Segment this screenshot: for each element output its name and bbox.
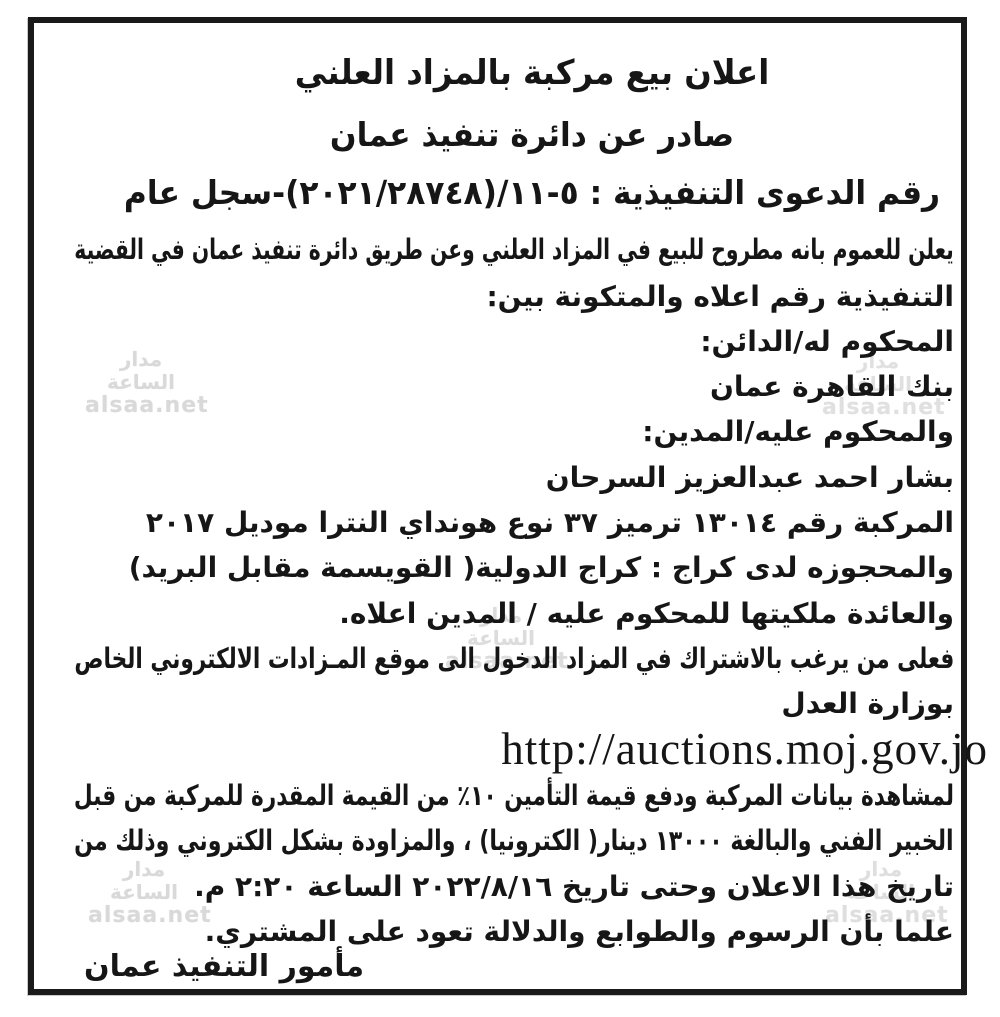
terms-line-2: الخبير الفني والبالغة ١٣٠٠٠ دينار( الكتر…	[75, 824, 954, 857]
auction-website-url: http://auctions.moj.gov.jo	[501, 723, 988, 775]
fees-line: علما بأن الرسوم والطوابع والدلالة تعود ع…	[205, 915, 954, 948]
case-number-line: رقم الدعوى التنفيذية : ٥-١١/(٢٠٢١/٢٨٧٤٨)…	[92, 173, 972, 212]
signature-execution-officer: مأمور التنفيذ عمان	[84, 949, 364, 984]
notice-title: اعلان بيع مركبة بالمزاد العلني	[92, 53, 972, 93]
debtor-label: والمحكوم عليه/المدين:	[642, 415, 954, 448]
garage-line: والمحجوزه لدى كراج : كراج الدولية( القوي…	[129, 551, 954, 584]
scanned-auction-notice: { "notice": { "title": "اعلان بيع مركبة …	[0, 0, 1000, 1017]
intro-line-2: التنفيذية رقم اعلاه والمتكونة بين:	[486, 280, 954, 313]
terms-line-1: لمشاهدة بيانات المركبة ودفع قيمة التأمين…	[74, 779, 954, 812]
issuer-line: صادر عن دائرة تنفيذ عمان	[92, 115, 972, 154]
creditor-name: بنك القاهرة عمان	[710, 370, 954, 403]
notice-border-frame: اعلان بيع مركبة بالمزاد العلني صادر عن د…	[28, 17, 967, 995]
debtor-name: بشار احمد عبدالعزيز السرحان	[546, 461, 954, 494]
participation-line: فعلى من يرغب بالاشتراك في المزاد الدخول …	[74, 642, 954, 675]
creditor-label: المحكوم له/الدائن:	[700, 325, 954, 358]
vehicle-details: المركبة رقم ١٣٠١٤ ترميز ٣٧ نوع هونداي ال…	[146, 506, 954, 539]
terms-line-3: تاريخ هذا الاعلان وحتى تاريخ ٢٠٢٢/٨/١٦ ا…	[194, 870, 954, 903]
intro-line-1: يعلن للعموم بانه مطروح للبيع في المزاد ا…	[75, 233, 954, 266]
ownership-line: والعائدة ملكيتها للمحكوم عليه / المدين ا…	[339, 597, 954, 630]
ministry-line: بوزارة العدل	[781, 687, 954, 720]
notice-content: اعلان بيع مركبة بالمزاد العلني صادر عن د…	[68, 43, 996, 1015]
